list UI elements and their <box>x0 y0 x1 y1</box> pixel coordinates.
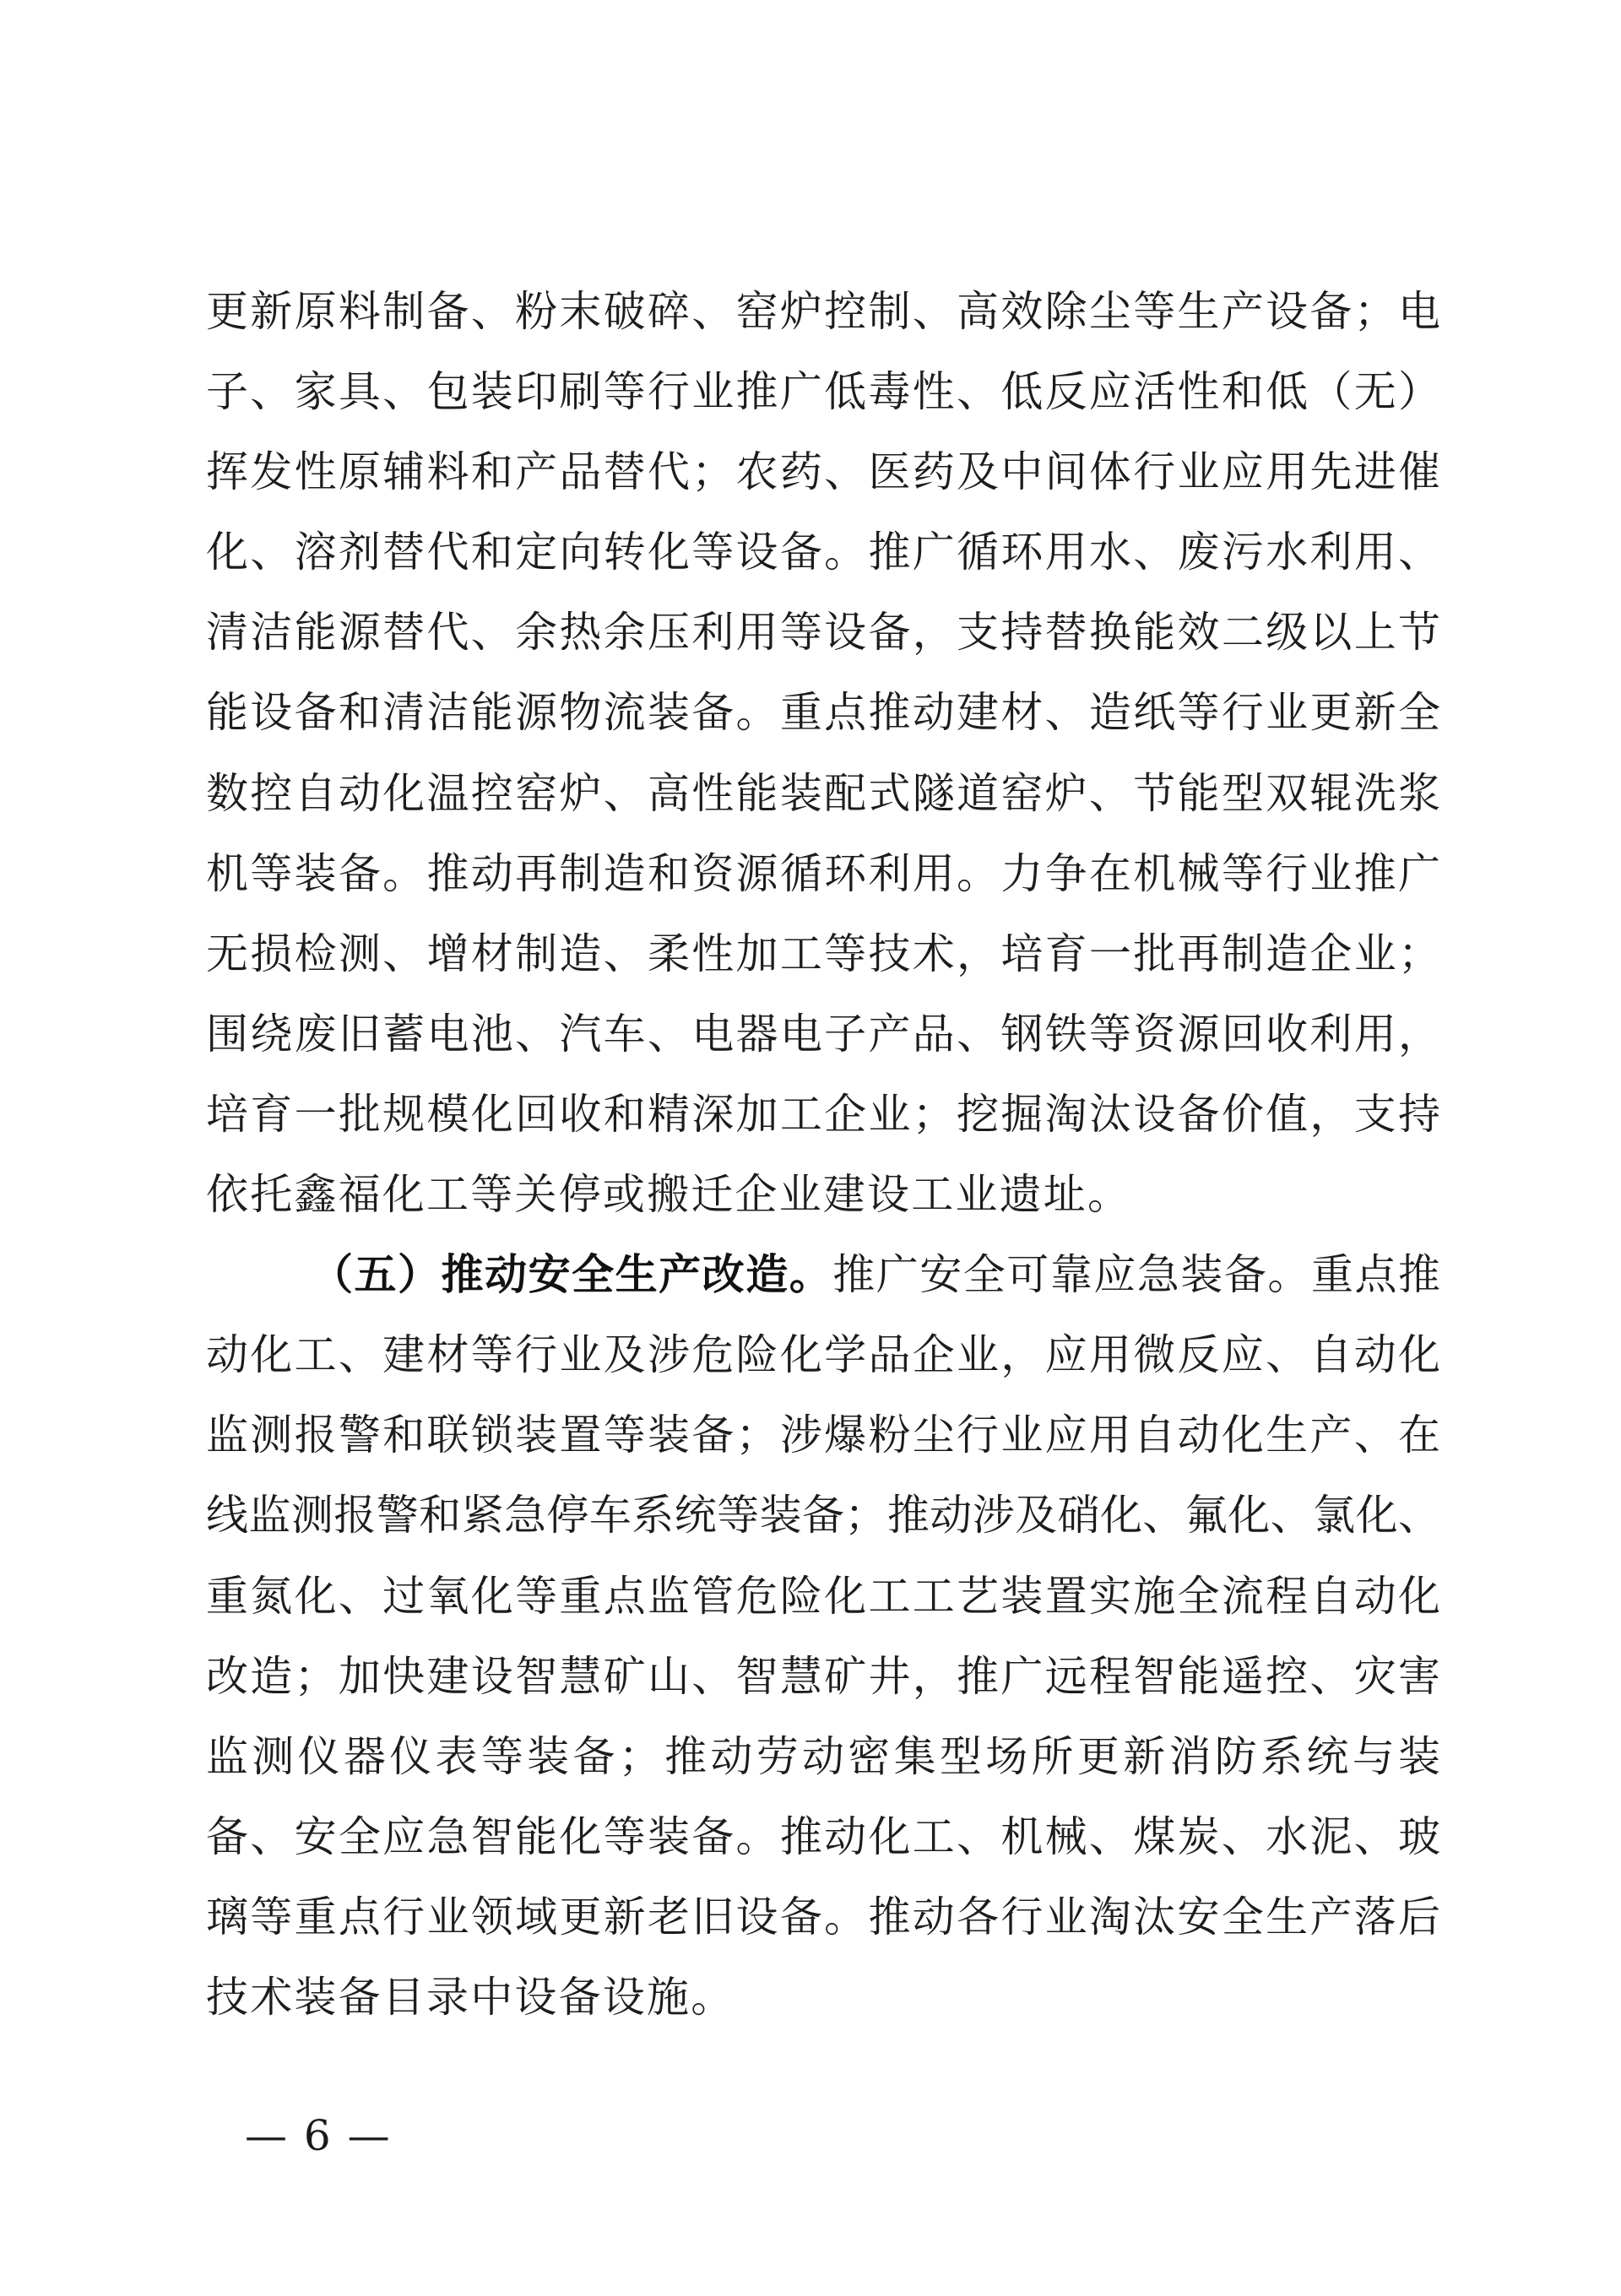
text-line: 更新原料制备、粉末破碎、窑炉控制、高效除尘等生产设备；电 <box>206 272 1440 352</box>
text-line: 清洁能源替代、余热余压利用等设备，支持替换能效二级以上节 <box>206 593 1440 673</box>
text-line: 无损检测、增材制造、柔性加工等技术，培育一批再制造企业； <box>206 914 1440 994</box>
paragraph-continuation: 更新原料制备、粉末破碎、窑炉控制、高效除尘等生产设备；电 子、家具、包装印刷等行… <box>206 272 1440 1235</box>
text-line: 线监测报警和紧急停车系统等装备；推动涉及硝化、氟化、氯化、 <box>206 1476 1440 1556</box>
document-page: 更新原料制备、粉末破碎、窑炉控制、高效除尘等生产设备；电 子、家具、包装印刷等行… <box>0 0 1621 2296</box>
text-line: 备、安全应急智能化等装备。推动化工、机械、煤炭、水泥、玻 <box>206 1797 1440 1877</box>
text-line: 数控自动化温控窑炉、高性能装配式隧道窑炉、节能型双辊洗浆 <box>206 754 1440 834</box>
text-line: 依托鑫福化工等关停或搬迁企业建设工业遗址。 <box>206 1155 1440 1235</box>
text-line: 培育一批规模化回收和精深加工企业；挖掘淘汰设备价值，支持 <box>206 1075 1440 1155</box>
section-heading: （五）推动安全生产改造。 <box>311 1250 832 1299</box>
text-line: 能设备和清洁能源物流装备。重点推动建材、造纸等行业更新全 <box>206 673 1440 753</box>
text-line: 子、家具、包装印刷等行业推广低毒性、低反应活性和低（无） <box>206 352 1440 432</box>
section-heading-line: （五）推动安全生产改造。推广安全可靠应急装备。重点推 <box>206 1235 1440 1315</box>
text-line: 璃等重点行业领域更新老旧设备。推动各行业淘汰安全生产落后 <box>206 1877 1440 1958</box>
text-line: 机等装备。推动再制造和资源循环利用。力争在机械等行业推广 <box>206 834 1440 914</box>
text-line: 监测报警和联锁装置等装备；涉爆粉尘行业应用自动化生产、在 <box>206 1395 1440 1476</box>
page-number: — 6 — <box>245 2110 392 2161</box>
section-heading-rest: 推广安全可靠应急装备。重点推 <box>832 1250 1440 1299</box>
text-line: 化、溶剂替代和定向转化等设备。推广循环用水、废污水利用、 <box>206 512 1440 593</box>
section-five-paragraph: （五）推动安全生产改造。推广安全可靠应急装备。重点推 动化工、建材等行业及涉危险… <box>206 1235 1440 2038</box>
text-line: 技术装备目录中设备设施。 <box>206 1958 1440 2038</box>
body-text: 更新原料制备、粉末破碎、窑炉控制、高效除尘等生产设备；电 子、家具、包装印刷等行… <box>206 272 1440 2038</box>
text-line: 动化工、建材等行业及涉危险化学品企业，应用微反应、自动化 <box>206 1315 1440 1395</box>
text-line: 围绕废旧蓄电池、汽车、电器电子产品、钢铁等资源回收利用， <box>206 994 1440 1075</box>
text-line: 监测仪器仪表等装备；推动劳动密集型场所更新消防系统与装 <box>206 1717 1440 1797</box>
text-line: 改造；加快建设智慧矿山、智慧矿井，推广远程智能遥控、灾害 <box>206 1637 1440 1717</box>
text-line: 重氮化、过氧化等重点监管危险化工工艺装置实施全流程自动化 <box>206 1557 1440 1637</box>
text-line: 挥发性原辅料和产品替代；农药、医药及中间体行业应用先进催 <box>206 432 1440 512</box>
